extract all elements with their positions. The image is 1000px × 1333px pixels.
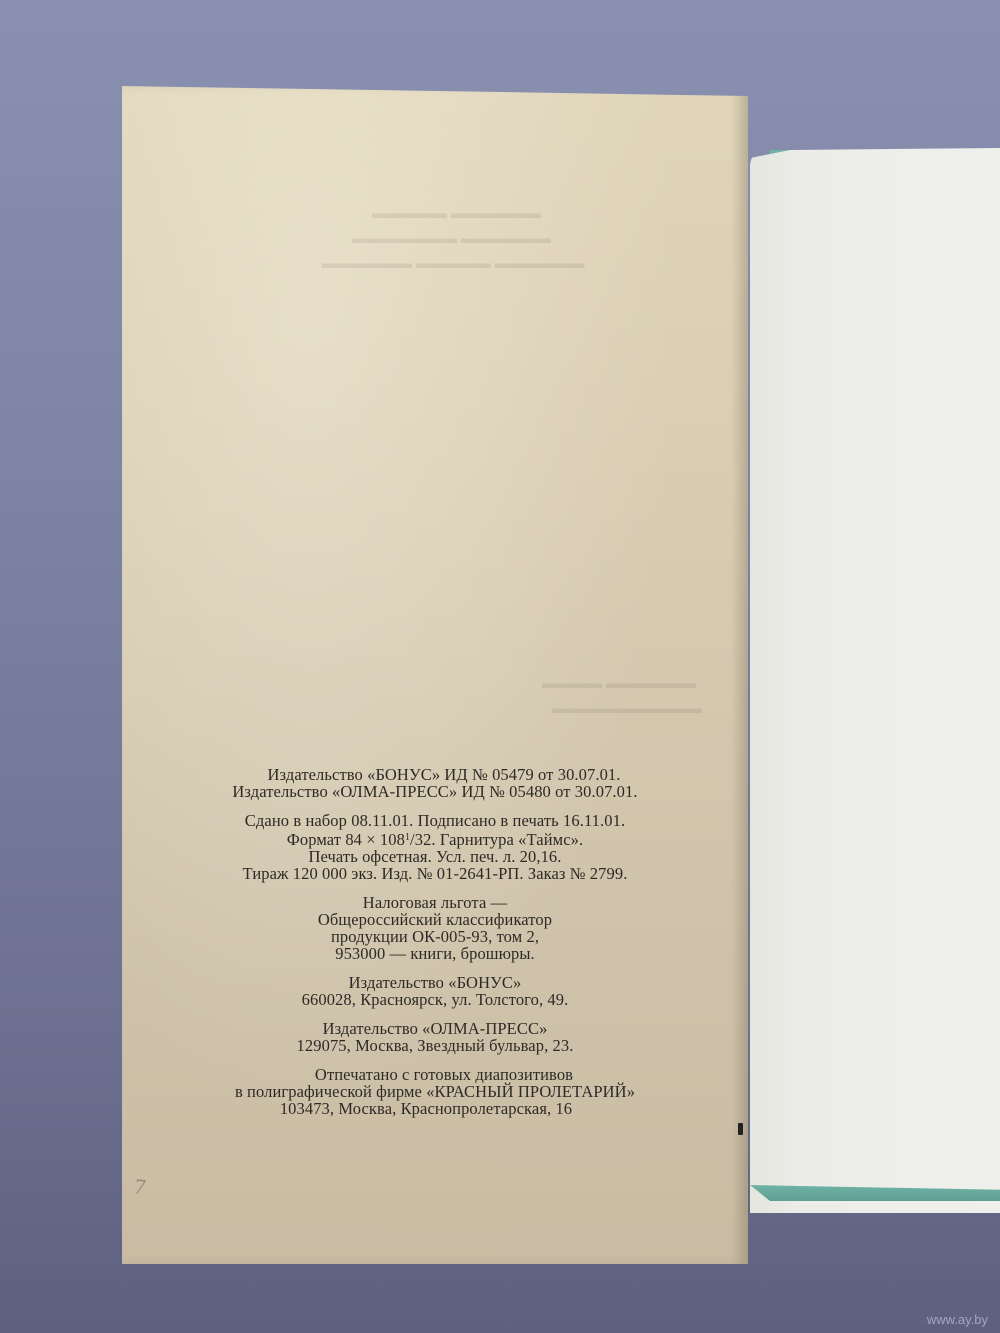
- print-details: Сдано в набор 08.11.01. Подписано в печа…: [122, 812, 748, 882]
- print-run-line: Тираж 120 000 экз. Изд. № 01-2641-РП. За…: [122, 865, 748, 882]
- tax-benefit-line: продукции ОК-005-93, том 2,: [122, 928, 748, 945]
- publisher-address: 129075, Москва, Звездный бульвар, 23.: [122, 1037, 748, 1054]
- photo-scene: ▬▬▬▬▬ ▬▬▬▬▬▬ ▬▬▬▬▬▬▬ ▬▬▬▬▬▬ ▬▬▬▬▬▬ ▬▬▬▬▬…: [0, 0, 1000, 1333]
- show-through-text: ▬▬▬▬▬▬ ▬▬▬▬▬ ▬▬▬▬▬▬: [322, 256, 585, 273]
- printer-info: Отпечатано с готовых диапозитивов в поли…: [122, 1066, 748, 1117]
- blank-page: [750, 148, 1000, 1213]
- publisher-address: 660028, Красноярск, ул. Толстого, 49.: [122, 991, 748, 1008]
- show-through-text: ▬▬▬▬▬ ▬▬▬▬▬▬: [372, 206, 541, 223]
- colophon-page: ▬▬▬▬▬ ▬▬▬▬▬▬ ▬▬▬▬▬▬▬ ▬▬▬▬▬▬ ▬▬▬▬▬▬ ▬▬▬▬▬…: [122, 86, 748, 1264]
- format-line: Формат 84 × 1081/32. Гарнитура «Таймс».: [122, 829, 748, 848]
- tax-benefit-line: Налоговая льгота —: [122, 894, 748, 911]
- show-through-text: ▬▬▬▬▬▬▬ ▬▬▬▬▬▬: [352, 231, 551, 248]
- printer-line: в полиграфической фирме «КРАСНЫЙ ПРОЛЕТА…: [122, 1083, 748, 1100]
- printer-line: Отпечатано с готовых диапозитивов: [122, 1066, 748, 1083]
- publisher-id-line: Издательство «ОЛМА-ПРЕСС» ИД № 05480 от …: [122, 783, 748, 800]
- publisher-id-line: Издательство «БОНУС» ИД № 05479 от 30.07…: [122, 766, 748, 783]
- publisher-ids: Издательство «БОНУС» ИД № 05479 от 30.07…: [122, 766, 748, 800]
- publisher-name: Издательство «ОЛМА-ПРЕСС»: [122, 1020, 748, 1037]
- page-marker: [738, 1123, 743, 1135]
- page-number: 7: [118, 1171, 161, 1202]
- publisher-bonus-address: Издательство «БОНУС» 660028, Красноярск,…: [122, 974, 748, 1008]
- watermark: www.ay.by: [927, 1312, 988, 1327]
- show-through-text: ▬▬▬▬▬▬▬▬▬▬: [552, 701, 702, 718]
- publisher-olma-address: Издательство «ОЛМА-ПРЕСС» 129075, Москва…: [122, 1020, 748, 1054]
- printing-method-line: Печать офсетная. Усл. печ. л. 20,16.: [122, 848, 748, 865]
- show-through-text: ▬▬▬▬ ▬▬▬▬▬▬: [542, 676, 696, 693]
- tax-benefit-line: Общероссийский классификатор: [122, 911, 748, 928]
- colophon-text: Издательство «БОНУС» ИД № 05479 от 30.07…: [122, 766, 748, 1129]
- printer-line: 103473, Москва, Краснопролетарская, 16: [122, 1100, 748, 1117]
- typeset-signed-line: Сдано в набор 08.11.01. Подписано в печа…: [122, 812, 748, 829]
- publisher-name: Издательство «БОНУС»: [122, 974, 748, 991]
- tax-benefit-line: 953000 — книги, брошюры.: [122, 945, 748, 962]
- tax-benefit: Налоговая льгота — Общероссийский класси…: [122, 894, 748, 962]
